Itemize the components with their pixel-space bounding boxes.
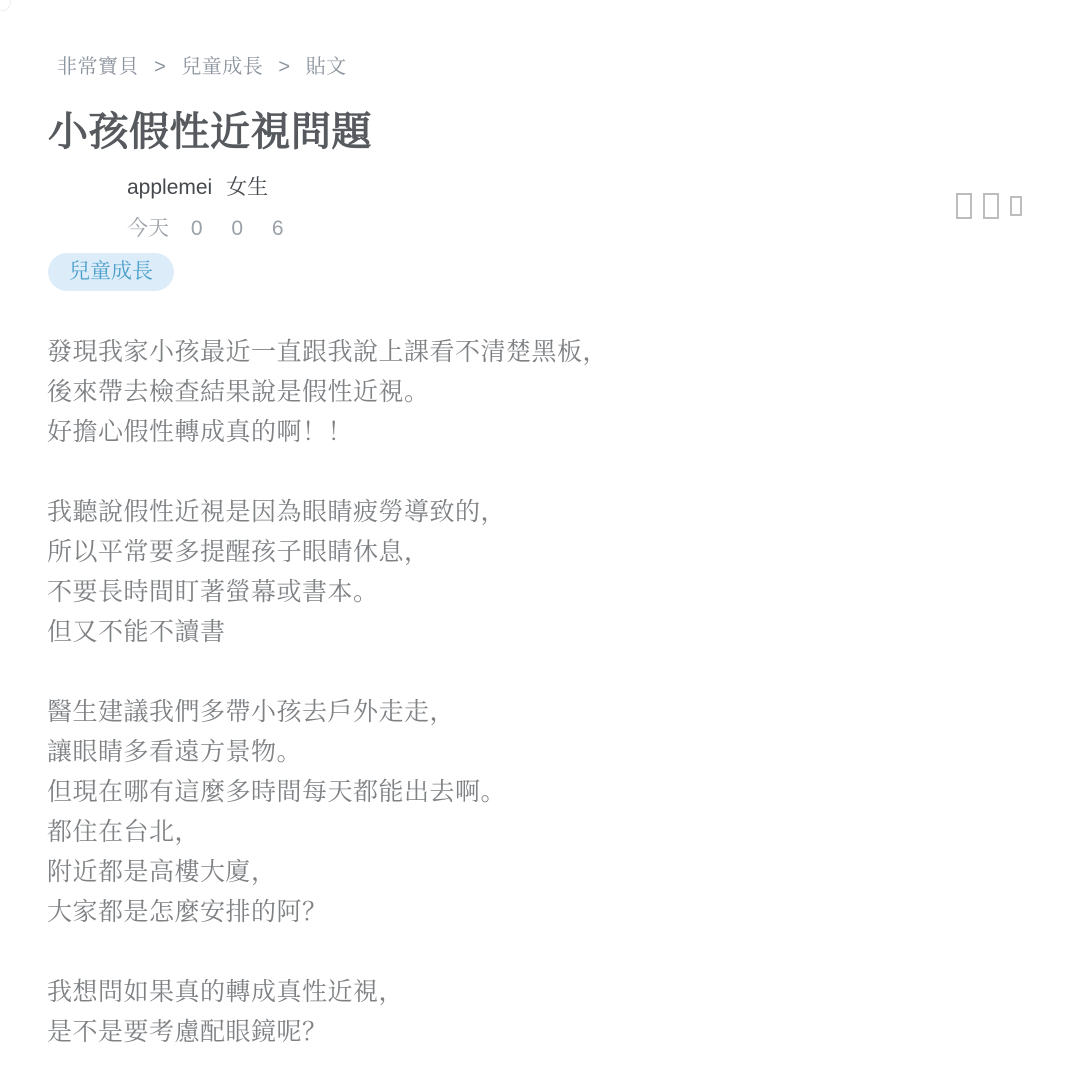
- post-stat-3: 6: [272, 217, 284, 240]
- breadcrumb-separator: >: [154, 56, 166, 78]
- post-page: 非常寶貝 > 兒童成長 > 貼文 小孩假性近視問題 applemei 女生 今天…: [0, 0, 1080, 1080]
- breadcrumb-item-category[interactable]: 兒童成長: [181, 56, 263, 78]
- author-gender-label: 女生: [226, 176, 268, 199]
- post-paragraph: 我聽說假性近視是因為眼睛疲勞導致的，所以平常要多提醒孩子眼睛休息，不要長時間盯著…: [47, 492, 987, 652]
- breadcrumb-separator: >: [278, 56, 290, 78]
- action-icon-3[interactable]: [1010, 196, 1022, 216]
- action-icon-2[interactable]: [983, 193, 999, 219]
- category-tag[interactable]: 兒童成長: [48, 253, 174, 291]
- post-meta: 今天 0 0 6: [127, 212, 284, 242]
- post-title: 小孩假性近視問題: [48, 100, 372, 157]
- post-stat-1: 0: [191, 217, 203, 240]
- action-icon-1[interactable]: [956, 193, 972, 219]
- breadcrumb-item-board[interactable]: 非常寶貝: [57, 56, 139, 78]
- post-stat-2: 0: [231, 217, 243, 240]
- post-body: 發現我家小孩最近一直跟我說上課看不清楚黑板，後來帶去檢查結果說是假性近視。好擔心…: [47, 332, 987, 1052]
- breadcrumb: 非常寶貝 > 兒童成長 > 貼文: [57, 50, 347, 79]
- post-action-icons: [956, 193, 1022, 219]
- author-block: applemei 女生 今天 0 0 6: [127, 171, 284, 242]
- breadcrumb-item-current: 貼文: [306, 56, 347, 78]
- post-paragraph: 醫生建議我們多帶小孩去戶外走走，讓眼睛多看遠方景物。但現在哪有這麼多時間每天都能…: [47, 692, 987, 932]
- corner-artifact: [0, 0, 11, 11]
- post-paragraph: 我想問如果真的轉成真性近視，是不是要考慮配眼鏡呢？: [47, 972, 987, 1052]
- author-username[interactable]: applemei: [127, 176, 212, 199]
- post-date: 今天: [127, 217, 169, 240]
- post-paragraph: 發現我家小孩最近一直跟我說上課看不清楚黑板，後來帶去檢查結果說是假性近視。好擔心…: [47, 332, 987, 452]
